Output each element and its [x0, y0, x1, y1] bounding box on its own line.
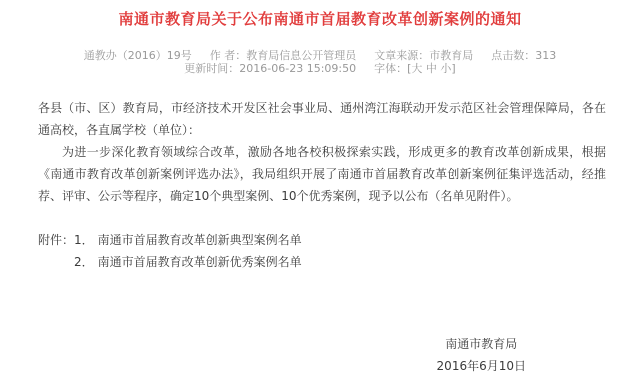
- notice-page: 南通市教育局关于公布南通市首届教育改革创新案例的通知 通教办（2016）19号作…: [0, 0, 640, 378]
- document-body: 各县（市、区）教育局，市经济技术开发区社会事业局、通州湾江海联动开发示范区社会管…: [0, 97, 640, 377]
- issue-date: 2016年6月10日: [437, 355, 526, 377]
- doc-number: 通教办（2016）19号: [84, 49, 192, 62]
- document-title: 南通市教育局关于公布南通市首届教育改革创新案例的通知: [0, 0, 640, 28]
- update-time: 更新时间：2016-06-23 15:09:50: [184, 62, 356, 75]
- main-paragraph: 为进一步深化教育领域综合改革，激励各地各校积极探索实践，形成更多的教育改革创新成…: [38, 141, 606, 207]
- attachments-block: 附件：1．南通市首届教育改革创新典型案例名单 2．南通市首届教育改革创新优秀案例…: [38, 229, 606, 273]
- attachment-1-title: 南通市首届教育改革创新典型案例名单: [98, 233, 302, 247]
- attachment-1-number: 1．: [74, 233, 94, 247]
- hit-count: 点击数：313: [491, 49, 556, 62]
- attachments-label: 附件：: [38, 233, 74, 247]
- font-size-selector[interactable]: 字体：[大 中 小]: [374, 62, 456, 75]
- signature-block: 南通市教育局 2016年6月10日: [38, 333, 606, 377]
- attachment-2-number: 2．: [74, 255, 94, 269]
- attachment-line-2: 2．南通市首届教育改革创新优秀案例名单: [38, 251, 606, 273]
- signature-inner: 南通市教育局 2016年6月10日: [437, 333, 526, 377]
- meta-bar: 通教办（2016）19号作 者：教育局信息公开管理员文章来源：市教育局点击数：3…: [20, 49, 620, 75]
- recipients-paragraph: 各县（市、区）教育局，市经济技术开发区社会事业局、通州湾江海联动开发示范区社会管…: [38, 97, 606, 141]
- attachment-2-title: 南通市首届教育改革创新优秀案例名单: [98, 255, 302, 269]
- author: 作 者：教育局信息公开管理员: [210, 49, 357, 62]
- issuing-organization: 南通市教育局: [437, 333, 526, 355]
- article-source: 文章来源：市教育局: [374, 49, 473, 62]
- attachment-line-1: 附件：1．南通市首届教育改革创新典型案例名单: [38, 229, 606, 251]
